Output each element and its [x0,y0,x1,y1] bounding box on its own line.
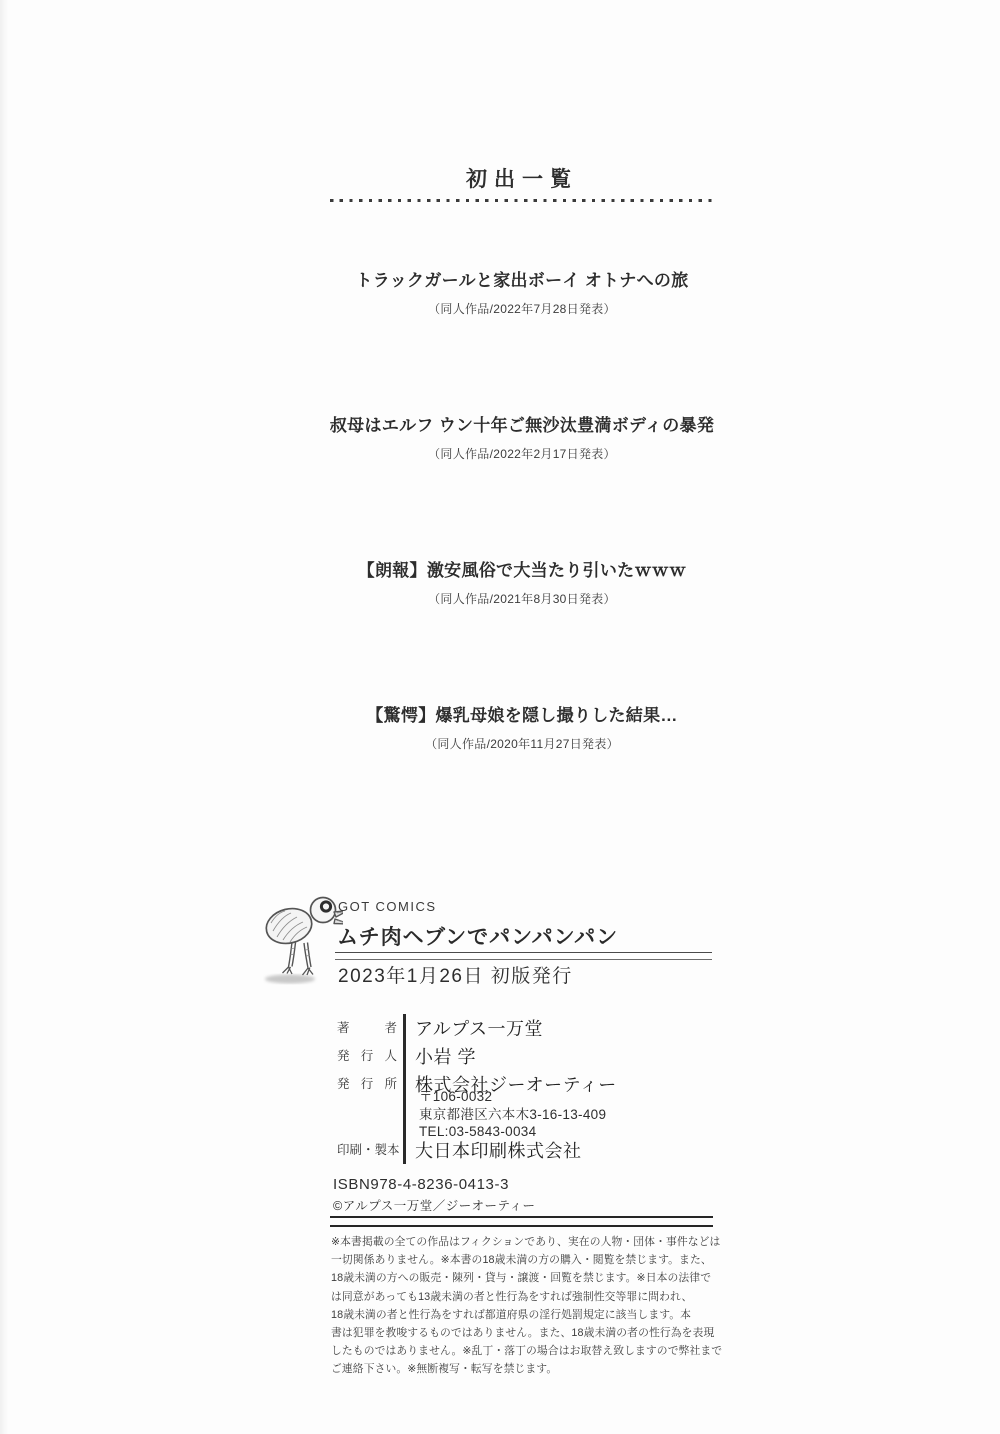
publisher-address: 〒106-0032 東京都港区六本木3-16-13-409 TEL:03-584… [419,1088,606,1141]
legal-disclaimer: ※本書掲載の全ての作品はフィクションであり、実在の人物・団体・事件などは 一切関… [331,1233,715,1379]
credit-row-publisher-person: 発行人 小岩 学 [337,1046,397,1064]
publication-entry: 【朗報】激安風俗で大当たり引いたｗｗｗ （同人作品/2021年8月30日発表） [330,556,714,607]
disclaimer-line: 18歳未満の者と性行為をすれば都道府県の淫行処罰規定に該当します。本 [331,1306,715,1324]
page-left-scan-shadow [0,0,10,1434]
copyright-line: ©アルプス一万堂／ジーオーティー [333,1196,535,1214]
credits-vertical-rule [403,1014,406,1164]
book-title: ムチ肉ヘブンでパンパンパン [337,921,618,951]
work-source-date: （同人作品/2020年11月27日発表） [425,735,619,752]
work-source-date: （同人作品/2022年2月17日発表） [428,445,616,462]
postal-code: 〒106-0032 [419,1088,606,1106]
title-double-rule [335,952,712,960]
work-title: 【朗報】激安風俗で大当たり引いたｗｗｗ [358,556,687,581]
work-title: トラックガールと家出ボーイ オトナへの旅 [355,266,688,291]
disclaimer-line: 書は犯罪を教唆するものではありません。また、18歳未満の者の性行為を表現 [331,1324,715,1342]
work-source-date: （同人作品/2022年7月28日発表） [428,300,616,317]
credit-row-printer: 印刷・製本 大日本印刷株式会社 [337,1140,397,1158]
isbn: ISBN978-4-8236-0413-3 [333,1176,509,1193]
imprint-label: GOT COMICS [338,899,437,914]
disclaimer-line: ご連絡下さい。※無断複写・転写を禁じます。 [331,1360,715,1378]
credit-label: 発行所 [337,1074,397,1092]
work-title: 【驚愕】爆乳母娘を隠し撮りした結果… [366,701,677,726]
work-title: 叔母はエルフ ウン十年ご無沙汰豊満ボディの暴発 [330,411,714,436]
disclaimer-line: は同意があっても13歳未満の者と性行為をすれば強制性交等罪に問われ、 [331,1288,715,1306]
edition-date: 2023年1月26日 初版発行 [338,961,573,988]
credit-row-publisher-company: 発行所 株式会社ジーオーティー [337,1074,397,1092]
credit-label: 印刷・製本 [337,1140,397,1158]
credit-value: 大日本印刷株式会社 [415,1137,582,1163]
disclaimer-line: 一切関係ありません。※本書の18歳未満の方の購入・閲覧を禁じます。また、 [331,1251,715,1269]
publication-entry: トラックガールと家出ボーイ オトナへの旅 （同人作品/2022年7月28日発表） [330,266,714,317]
work-source-date: （同人作品/2021年8月30日発表） [428,590,616,607]
credits-table: 著者 アルプス一万堂 発行人 小岩 学 発行所 株式会社ジーオーティー 〒106… [337,1012,717,1172]
street-address: 東京都港区六本木3-16-13-409 [419,1106,606,1124]
credit-value: アルプス一万堂 [415,1015,543,1041]
dotted-divider [330,199,714,202]
credit-row-author: 著者 アルプス一万堂 [337,1018,397,1036]
credit-value: 小岩 学 [415,1043,476,1069]
first-publication-heading: 初出一覧 [330,163,714,193]
disclaimer-line: 18歳未満の方への販売・陳列・貸与・譲渡・回覧を禁じます。※日本の法律で [331,1269,715,1287]
disclaimer-double-rule [330,1216,713,1227]
publication-entry: 【驚愕】爆乳母娘を隠し撮りした結果… （同人作品/2020年11月27日発表） [330,701,714,752]
disclaimer-line: したものではありません。※乱丁・落丁の場合はお取替え致しますので弊社まで [331,1342,715,1360]
disclaimer-line: ※本書掲載の全ての作品はフィクションであり、実在の人物・団体・事件などは [331,1233,715,1251]
publication-entry: 叔母はエルフ ウン十年ご無沙汰豊満ボディの暴発 （同人作品/2022年2月17日… [330,411,714,462]
got-comics-bird-logo-icon [263,893,343,988]
credit-label: 発行人 [337,1046,397,1064]
credit-label: 著者 [337,1018,397,1036]
